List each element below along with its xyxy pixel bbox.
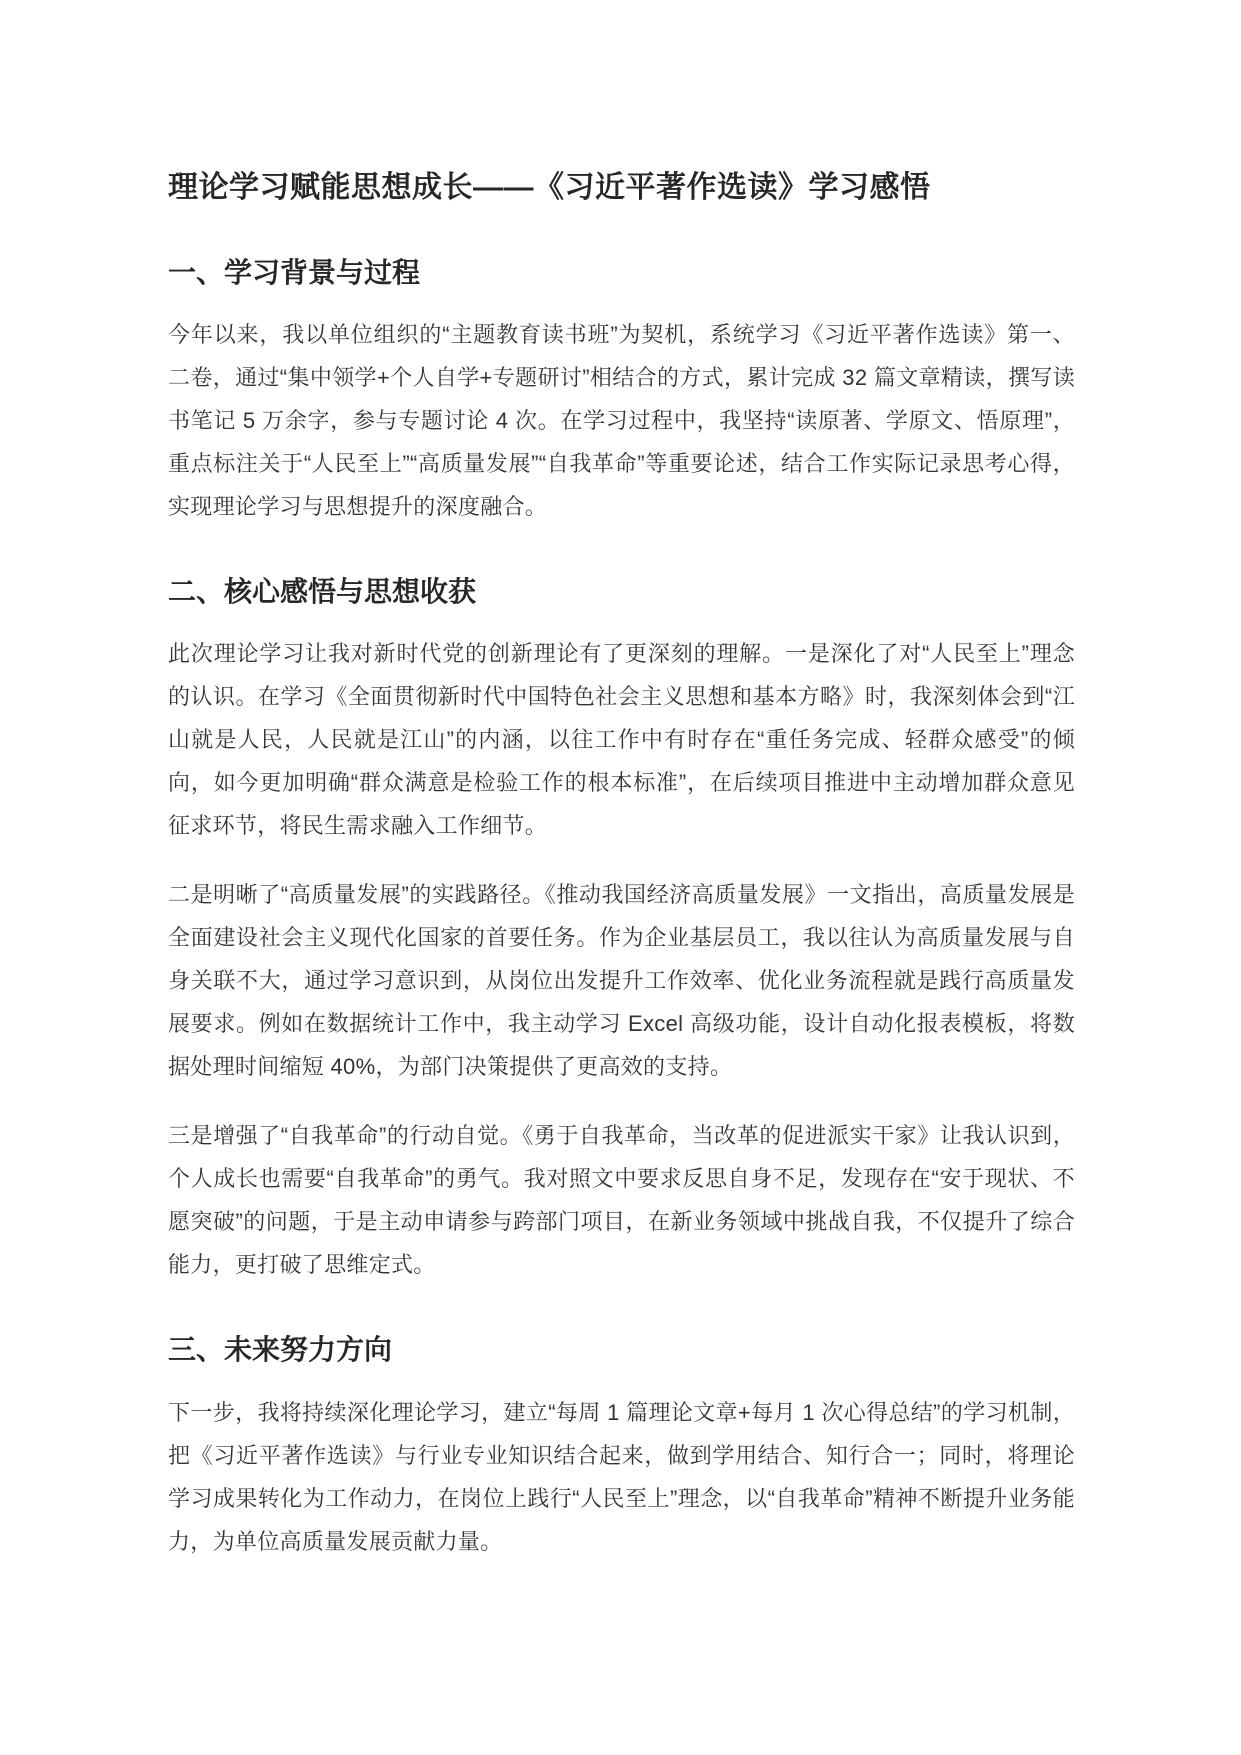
section-core-insights: 二、核心感悟与思想收获 此次理论学习让我对新时代党的创新理论有了更深刻的理解。一… <box>168 574 1075 1286</box>
paragraph: 今年以来，我以单位组织的“主题教育读书班”为契机，系统学习《习近平著作选读》第一… <box>168 313 1075 528</box>
section-heading-3: 三、未来努力方向 <box>168 1332 1075 1368</box>
paragraph: 二是明晰了“高质量发展”的实践路径。《推动我国经济高质量发展》一文指出，高质量发… <box>168 873 1075 1088</box>
section-heading-1: 一、学习背景与过程 <box>168 255 1075 291</box>
paragraph: 下一步，我将持续深化理论学习，建立“每周 1 篇理论文章+每月 1 次心得总结”… <box>168 1391 1075 1563</box>
section-study-background: 一、学习背景与过程 今年以来，我以单位组织的“主题教育读书班”为契机，系统学习《… <box>168 255 1075 528</box>
document-title: 理论学习赋能思想成长——《习近平著作选读》学习感悟 <box>168 168 1075 209</box>
section-future-direction: 三、未来努力方向 下一步，我将持续深化理论学习，建立“每周 1 篇理论文章+每月… <box>168 1332 1075 1562</box>
paragraph: 此次理论学习让我对新时代党的创新理论有了更深刻的理解。一是深化了对“人民至上”理… <box>168 632 1075 847</box>
section-heading-2: 二、核心感悟与思想收获 <box>168 574 1075 610</box>
paragraph: 三是增强了“自我革命”的行动自觉。《勇于自我革命，当改革的促进派实干家》让我认识… <box>168 1114 1075 1286</box>
document-page: 理论学习赋能思想成长——《习近平著作选读》学习感悟 一、学习背景与过程 今年以来… <box>0 0 1241 1755</box>
